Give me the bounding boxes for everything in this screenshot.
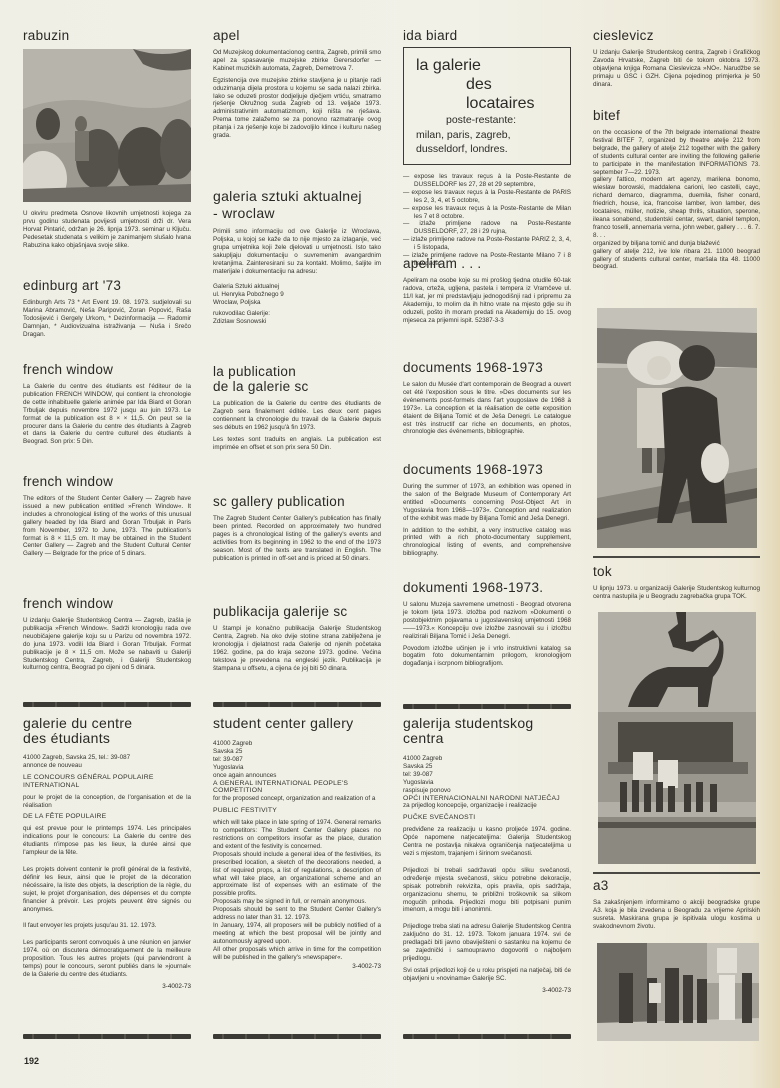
paragraph: All other proposals which arrive in time… bbox=[213, 946, 381, 962]
ad-code: 3-4002-73 bbox=[403, 987, 571, 994]
paragraph: During the summer of 1973, an exhibition… bbox=[403, 483, 571, 523]
divider-bar bbox=[23, 702, 191, 707]
article-title: edinburg art '73 bbox=[23, 278, 191, 293]
headline-caps: OPĆI INTERNACIONALNI NARODNI NATJEČAJ bbox=[403, 795, 571, 803]
article-student-center-gallery: student center gallery 41000 Zagreb Savs… bbox=[213, 716, 381, 970]
paragraph: Egzistencija ove muzejske zbirke stavlje… bbox=[213, 77, 381, 140]
article-title: cieslevicz bbox=[593, 28, 760, 43]
paragraph: Prijedloge treba slati na adresu Galerij… bbox=[403, 923, 571, 963]
article-title: apeliram . . . bbox=[403, 256, 571, 271]
article-body: Edinburgh Arts 73 * Art Event 19. 08. 19… bbox=[23, 299, 191, 339]
article-galeria-sztuki: galeria sztuki aktualnej - wroclaw Primi… bbox=[213, 188, 381, 330]
article-title: french window bbox=[23, 362, 191, 377]
list-item: — izlaže primljene radove na Poste-Resta… bbox=[403, 236, 571, 252]
article-apel: apel Od Muzejskog dokumentacionog centra… bbox=[213, 28, 381, 144]
divider-rule bbox=[593, 872, 760, 874]
paragraph: Il faut envoyer les projets jusqu'au 31.… bbox=[23, 922, 191, 930]
article-french-window-en: french window The editors of the Student… bbox=[23, 474, 191, 562]
divider-rule bbox=[593, 556, 760, 558]
list-item: — expose les travaux reçus à la Poste-Re… bbox=[403, 173, 571, 189]
paragraph: on the occasione of the 7th belgrade int… bbox=[593, 129, 760, 176]
paragraph: Les participants seront convoqués à une … bbox=[23, 939, 191, 979]
photo-image-icon bbox=[598, 612, 756, 864]
article-body: The Zagreb Student Center Gallery's publ… bbox=[213, 515, 381, 562]
article-publikacija: publikacija galerije sc U štampi je kona… bbox=[213, 604, 381, 676]
photo-tok-statue-group bbox=[598, 612, 756, 864]
paragraph: In January, 1974, all proposers will be … bbox=[213, 922, 381, 946]
purpose: za prijedlog koncepcije, organizacije i … bbox=[403, 802, 571, 810]
ad-code: 3-4002-73 bbox=[23, 983, 191, 990]
paragraph: predviđene za realizaciju u kasno prolje… bbox=[403, 826, 571, 858]
paragraph: qui est prevue pour le printemps 1974. L… bbox=[23, 825, 191, 857]
article-title: ida biard bbox=[403, 28, 571, 43]
paragraph: Prijedlozi bi trebali sadržavati opću sl… bbox=[403, 867, 571, 914]
article-french-window-fr: french window La Galerie du centre des é… bbox=[23, 362, 191, 450]
article-title: student center gallery bbox=[213, 716, 381, 731]
address: 41000 Zagreb Savska 25 tel: 39-087 Yugos… bbox=[403, 755, 571, 795]
paragraph: Proposals may be signed in full, or rema… bbox=[213, 898, 381, 906]
headline-caps: PUBLIC FESTIVITY bbox=[213, 807, 381, 815]
purpose: pour le projet de la conception, de l'or… bbox=[23, 794, 191, 810]
article-title: documents 1968-1973 bbox=[403, 462, 571, 477]
ad-code: 3-4002-73 bbox=[213, 963, 381, 970]
article-body: Le salon du Musée d'art contemporain de … bbox=[403, 381, 571, 436]
purpose: for the proposed concept, organization a… bbox=[213, 795, 381, 803]
article-title: apel bbox=[213, 28, 381, 43]
headline-caps: DE LA FÊTE POPULAIRE bbox=[23, 813, 191, 821]
page-number: 192 bbox=[24, 1056, 39, 1066]
article-cieslevicz: cieslevicz U izdanju Galerije Strudentsk… bbox=[593, 28, 760, 93]
article-title: publikacija galerije sc bbox=[213, 604, 381, 619]
paragraph: organized by biljana tomić and dunja bla… bbox=[593, 240, 760, 248]
article-title: a3 bbox=[593, 878, 760, 893]
photo-bitef-woman-child bbox=[597, 308, 757, 548]
article-body: Apeliram na osobe koje su mi prošlog tje… bbox=[403, 277, 571, 324]
paragraph: Proposals should include a general idea … bbox=[213, 851, 381, 898]
article-title: galerija studentskog centra bbox=[403, 716, 571, 746]
headline-caps: PUČKE SVEČANOSTI bbox=[403, 814, 571, 822]
paragraph: Od Muzejskog dokumentacionog centra, Zag… bbox=[213, 49, 381, 73]
list-item: — expose les travaux reçus à la Poste-Re… bbox=[403, 189, 571, 205]
magazine-page: rabuzin U okviru predmeta Osno bbox=[0, 0, 780, 1088]
article-title: sc gallery publication bbox=[213, 494, 381, 509]
article-title: french window bbox=[23, 474, 191, 489]
article-la-publication: la publication de la galerie sc La publi… bbox=[213, 364, 381, 455]
paragraph: Les projets doivent contenir le profil g… bbox=[23, 866, 191, 913]
article-documents-en: documents 1968-1973 During the summer of… bbox=[403, 462, 571, 562]
article-title: tok bbox=[593, 564, 760, 579]
divider-bar bbox=[403, 704, 571, 709]
photo-rabuzin-seminar bbox=[23, 49, 191, 202]
article-french-window-hr: french window U izdanju Galerije Student… bbox=[23, 596, 191, 676]
article-title: bitef bbox=[593, 108, 760, 123]
article-galerija-studentskog-centra: galerija studentskog centra 41000 Zagreb… bbox=[403, 716, 571, 994]
article-title: la publication de la galerie sc bbox=[213, 364, 381, 394]
article-a3: a3 Sa zakašnjenjem informiramo o akciji … bbox=[593, 878, 760, 935]
divider-bar bbox=[213, 702, 381, 707]
article-title: documents 1968-1973 bbox=[403, 360, 571, 375]
paragraph: Proposals should be sent to the Student … bbox=[213, 906, 381, 922]
photo-caption: U okviru predmeta Osnove likovnih umjetn… bbox=[23, 210, 191, 250]
paragraph: gallery of atelje 212, ive lole ribara 2… bbox=[593, 248, 760, 272]
article-rabuzin: rabuzin U okviru predmeta Osno bbox=[23, 28, 191, 254]
article-body: Primili smo informaciju od ove Galerije … bbox=[213, 228, 381, 275]
address: Galeria Sztuki aktualnej ul. Henryka Pob… bbox=[213, 283, 381, 307]
address: 41000 Zagreb, Savska 25, tel.: 39-087 bbox=[23, 754, 191, 762]
paragraph: which will take place in late spring of … bbox=[213, 819, 381, 851]
article-tok: tok U lipnju 1973. u organizaciji Galeri… bbox=[593, 564, 760, 605]
announce: annonce de nouveau bbox=[23, 762, 191, 770]
box-line: des locataires bbox=[416, 75, 560, 113]
article-documents-fr: documents 1968-1973 Le salon du Musée d'… bbox=[403, 360, 571, 440]
paragraph: U salonu Muzeja savremene umetnosti - Be… bbox=[403, 601, 571, 641]
article-dokumenti-sr: dokumenti 1968-1973. U salonu Muzeja sav… bbox=[403, 580, 571, 672]
article-ida-biard: ida biard la galerie des locataires post… bbox=[403, 28, 571, 268]
box-line: la galerie bbox=[416, 56, 560, 75]
paragraph: Povodom izložbe učinjen je i vrlo instru… bbox=[403, 645, 571, 669]
article-title: rabuzin bbox=[23, 28, 191, 43]
divider-bar bbox=[23, 1034, 191, 1039]
article-body: The editors of the Student Center Galler… bbox=[23, 495, 191, 558]
article-body: U lipnju 1973. u organizaciji Galerije S… bbox=[593, 585, 760, 601]
article-title: galerie du centre des étudiants bbox=[23, 716, 191, 746]
article-sc-gallery-publication: sc gallery publication The Zagreb Studen… bbox=[213, 494, 381, 566]
article-title: galeria sztuki aktualnej - wroclaw bbox=[213, 188, 381, 222]
article-body: Sa zakašnjenjem informiramo o akciji beo… bbox=[593, 899, 760, 931]
boxed-announcement: la galerie des locataires poste-restante… bbox=[403, 47, 571, 165]
box-line: poste-restante: bbox=[416, 113, 560, 128]
article-title: dokumenti 1968-1973. bbox=[403, 580, 571, 595]
headline-caps: LE CONCOURS GÉNÉRAL POPULAIRE INTERNATIO… bbox=[23, 774, 191, 790]
article-edinburg: edinburg art '73 Edinburgh Arts 73 * Art… bbox=[23, 278, 191, 343]
article-body: La Galerie du centre des étudiants est l… bbox=[23, 383, 191, 446]
paragraph: Svi ostali prijedlozi koji će u roku pri… bbox=[403, 967, 571, 983]
exhibition-list: — expose les travaux reçus à la Poste-Re… bbox=[403, 173, 571, 268]
paragraph: Les textes sont traduits en anglais. La … bbox=[213, 436, 381, 452]
article-title: french window bbox=[23, 596, 191, 611]
divider-bar bbox=[403, 1034, 571, 1039]
photo-image-icon bbox=[597, 308, 757, 548]
article-body: U izdanju Galerije Strudentskog centra, … bbox=[593, 49, 760, 89]
box-line: milan, paris, zagreb, dusseldorf, londre… bbox=[416, 128, 560, 156]
article-bitef: bitef on the occasione of the 7th belgra… bbox=[593, 108, 760, 271]
article-galerie-du-centre: galerie du centre des étudiants 41000 Za… bbox=[23, 716, 191, 990]
photo-image-icon bbox=[597, 943, 759, 1041]
list-item: — izlaže primljene radove na Poste-Resta… bbox=[403, 220, 571, 236]
paragraph: La publication de la Galerie du centre d… bbox=[213, 400, 381, 432]
director: rukovodilac Galerije: Zdizlaw Sosnowski bbox=[213, 310, 381, 326]
paragraph: gallery l'attico, modern art agenzy, mar… bbox=[593, 176, 760, 239]
photo-a3-costumed-group bbox=[597, 943, 759, 1041]
address: 41000 Zagreb Savska 25 tel: 39-087 Yugos… bbox=[213, 740, 381, 780]
headline-caps: A GENERAL INTERNATIONAL PEOPLE'S COMPETI… bbox=[213, 780, 381, 796]
list-item: — expose les travaux reçus à la Poste-Re… bbox=[403, 205, 571, 221]
article-apeliram: apeliram . . . Apeliram na osobe koje su… bbox=[403, 256, 571, 328]
article-body: U štampi je konačno publikacija Galerije… bbox=[213, 625, 381, 672]
divider-bar bbox=[213, 1034, 381, 1039]
photo-image-icon bbox=[23, 49, 191, 202]
article-body: U izdanju Galerije Studentskog Centra — … bbox=[23, 617, 191, 672]
paragraph: In addition to the exhibit, a very instr… bbox=[403, 527, 571, 559]
